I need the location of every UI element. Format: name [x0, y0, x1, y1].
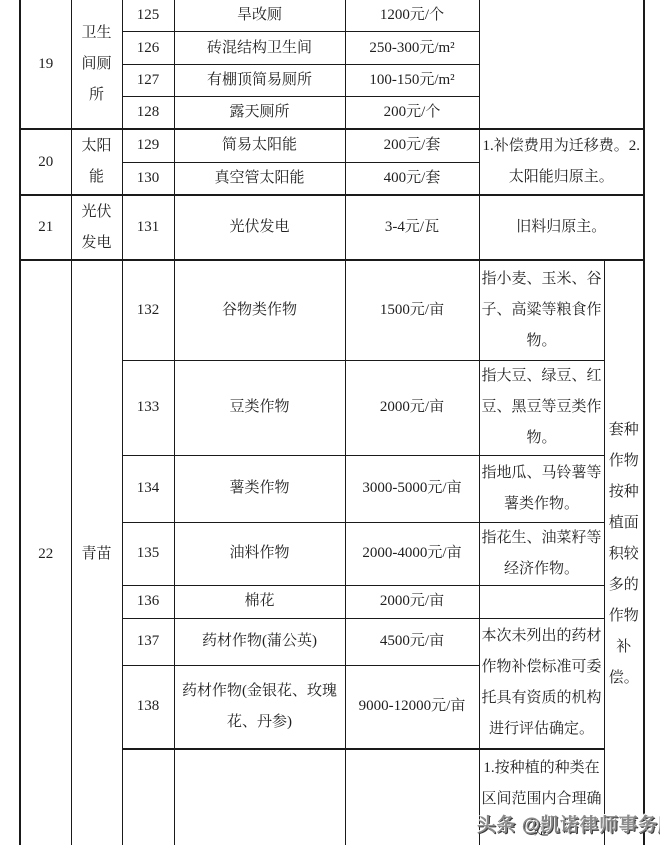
- side-note-cell: 套种 作物 按种 植面 积较 多的 作物 补 偿。: [604, 260, 644, 845]
- item-no-cell: 134: [122, 455, 174, 522]
- category-cell-21: 光伏 发电: [71, 195, 122, 260]
- price-cell: 2000元/亩: [345, 360, 479, 455]
- price-cell: 4500元/亩: [345, 618, 479, 665]
- category-cell-19: 卫生 间厕 所: [71, 0, 122, 129]
- item-no-cell: 136: [122, 585, 174, 618]
- seq-cell-19: 19: [20, 0, 71, 129]
- seq-cell-20: 20: [20, 129, 71, 195]
- note-cell-136: [479, 585, 604, 618]
- price-cell: 200元/个: [345, 97, 479, 130]
- item-no-cell: 133: [122, 360, 174, 455]
- note-cell-134: 指地瓜、马铃薯等 薯类作物。: [479, 455, 604, 522]
- note-cell-20: 1.补偿费用为迁移费。2. 太阳能归原主。: [479, 129, 644, 195]
- item-no-cell: 129: [122, 129, 174, 162]
- price-cell: 2000-4000元/亩: [345, 522, 479, 585]
- price-cell: 100-150元/m²: [345, 65, 479, 97]
- item-name-cell: 豆类作物: [174, 360, 345, 455]
- item-no-cell: 135: [122, 522, 174, 585]
- note-cell-135: 指花生、油菜籽等 经济作物。: [479, 522, 604, 585]
- item-name-cell: 露天厕所: [174, 97, 345, 130]
- item-name-cell: 有棚顶简易厕所: [174, 65, 345, 97]
- item-name-cell: 薯类作物: [174, 455, 345, 522]
- item-name-cell: [174, 749, 345, 845]
- compensation-table: 19 卫生 间厕 所 125 旱改厕 1200元/个 126 砖混结构卫生间 2…: [19, 0, 645, 845]
- item-name-cell: 药材作物(蒲公英): [174, 618, 345, 665]
- category-cell-20: 太阳 能: [71, 129, 122, 195]
- item-no-cell: 126: [122, 32, 174, 65]
- item-no-cell: [122, 749, 174, 845]
- item-name-cell: 砖混结构卫生间: [174, 32, 345, 65]
- price-cell: 3-4元/瓦: [345, 195, 479, 260]
- price-cell: 1500元/亩: [345, 260, 479, 360]
- item-no-cell: 128: [122, 97, 174, 130]
- item-name-cell: 旱改厕: [174, 0, 345, 32]
- price-cell: 2000元/亩: [345, 585, 479, 618]
- price-cell: 3000-5000元/亩: [345, 455, 479, 522]
- item-no-cell: 130: [122, 162, 174, 195]
- toutiao-watermark: 头条 @凯诺律师事务所: [477, 810, 660, 837]
- item-no-cell: 138: [122, 665, 174, 749]
- item-no-cell: 125: [122, 0, 174, 32]
- item-name-cell: 谷物类作物: [174, 260, 345, 360]
- item-no-cell: 127: [122, 65, 174, 97]
- price-cell: [345, 749, 479, 845]
- item-name-cell: 简易太阳能: [174, 129, 345, 162]
- category-cell-22: 青苗: [71, 260, 122, 845]
- item-name-cell: 光伏发电: [174, 195, 345, 260]
- note-cell-132: 指小麦、玉米、谷 子、高粱等粮食作 物。: [479, 260, 604, 360]
- note-cell-133: 指大豆、绿豆、红 豆、黑豆等豆类作 物。: [479, 360, 604, 455]
- item-name-cell: 油料作物: [174, 522, 345, 585]
- note-cell-21: 旧料归原主。: [479, 195, 644, 260]
- price-cell: 250-300元/m²: [345, 32, 479, 65]
- note-cell-19: [479, 0, 644, 129]
- item-name-cell: 棉花: [174, 585, 345, 618]
- item-no-cell: 132: [122, 260, 174, 360]
- item-no-cell: 131: [122, 195, 174, 260]
- price-cell: 200元/套: [345, 129, 479, 162]
- note-cell-137-138: 本次未列出的药材 作物补偿标准可委 托具有资质的机构 进行评估确定。: [479, 618, 604, 749]
- item-name-cell: 药材作物(金银花、玫瑰 花、丹参): [174, 665, 345, 749]
- seq-cell-21: 21: [20, 195, 71, 260]
- item-no-cell: 137: [122, 618, 174, 665]
- price-cell: 9000-12000元/亩: [345, 665, 479, 749]
- item-name-cell: 真空管太阳能: [174, 162, 345, 195]
- price-cell: 1200元/个: [345, 0, 479, 32]
- price-cell: 400元/套: [345, 162, 479, 195]
- seq-cell-22: 22: [20, 260, 71, 845]
